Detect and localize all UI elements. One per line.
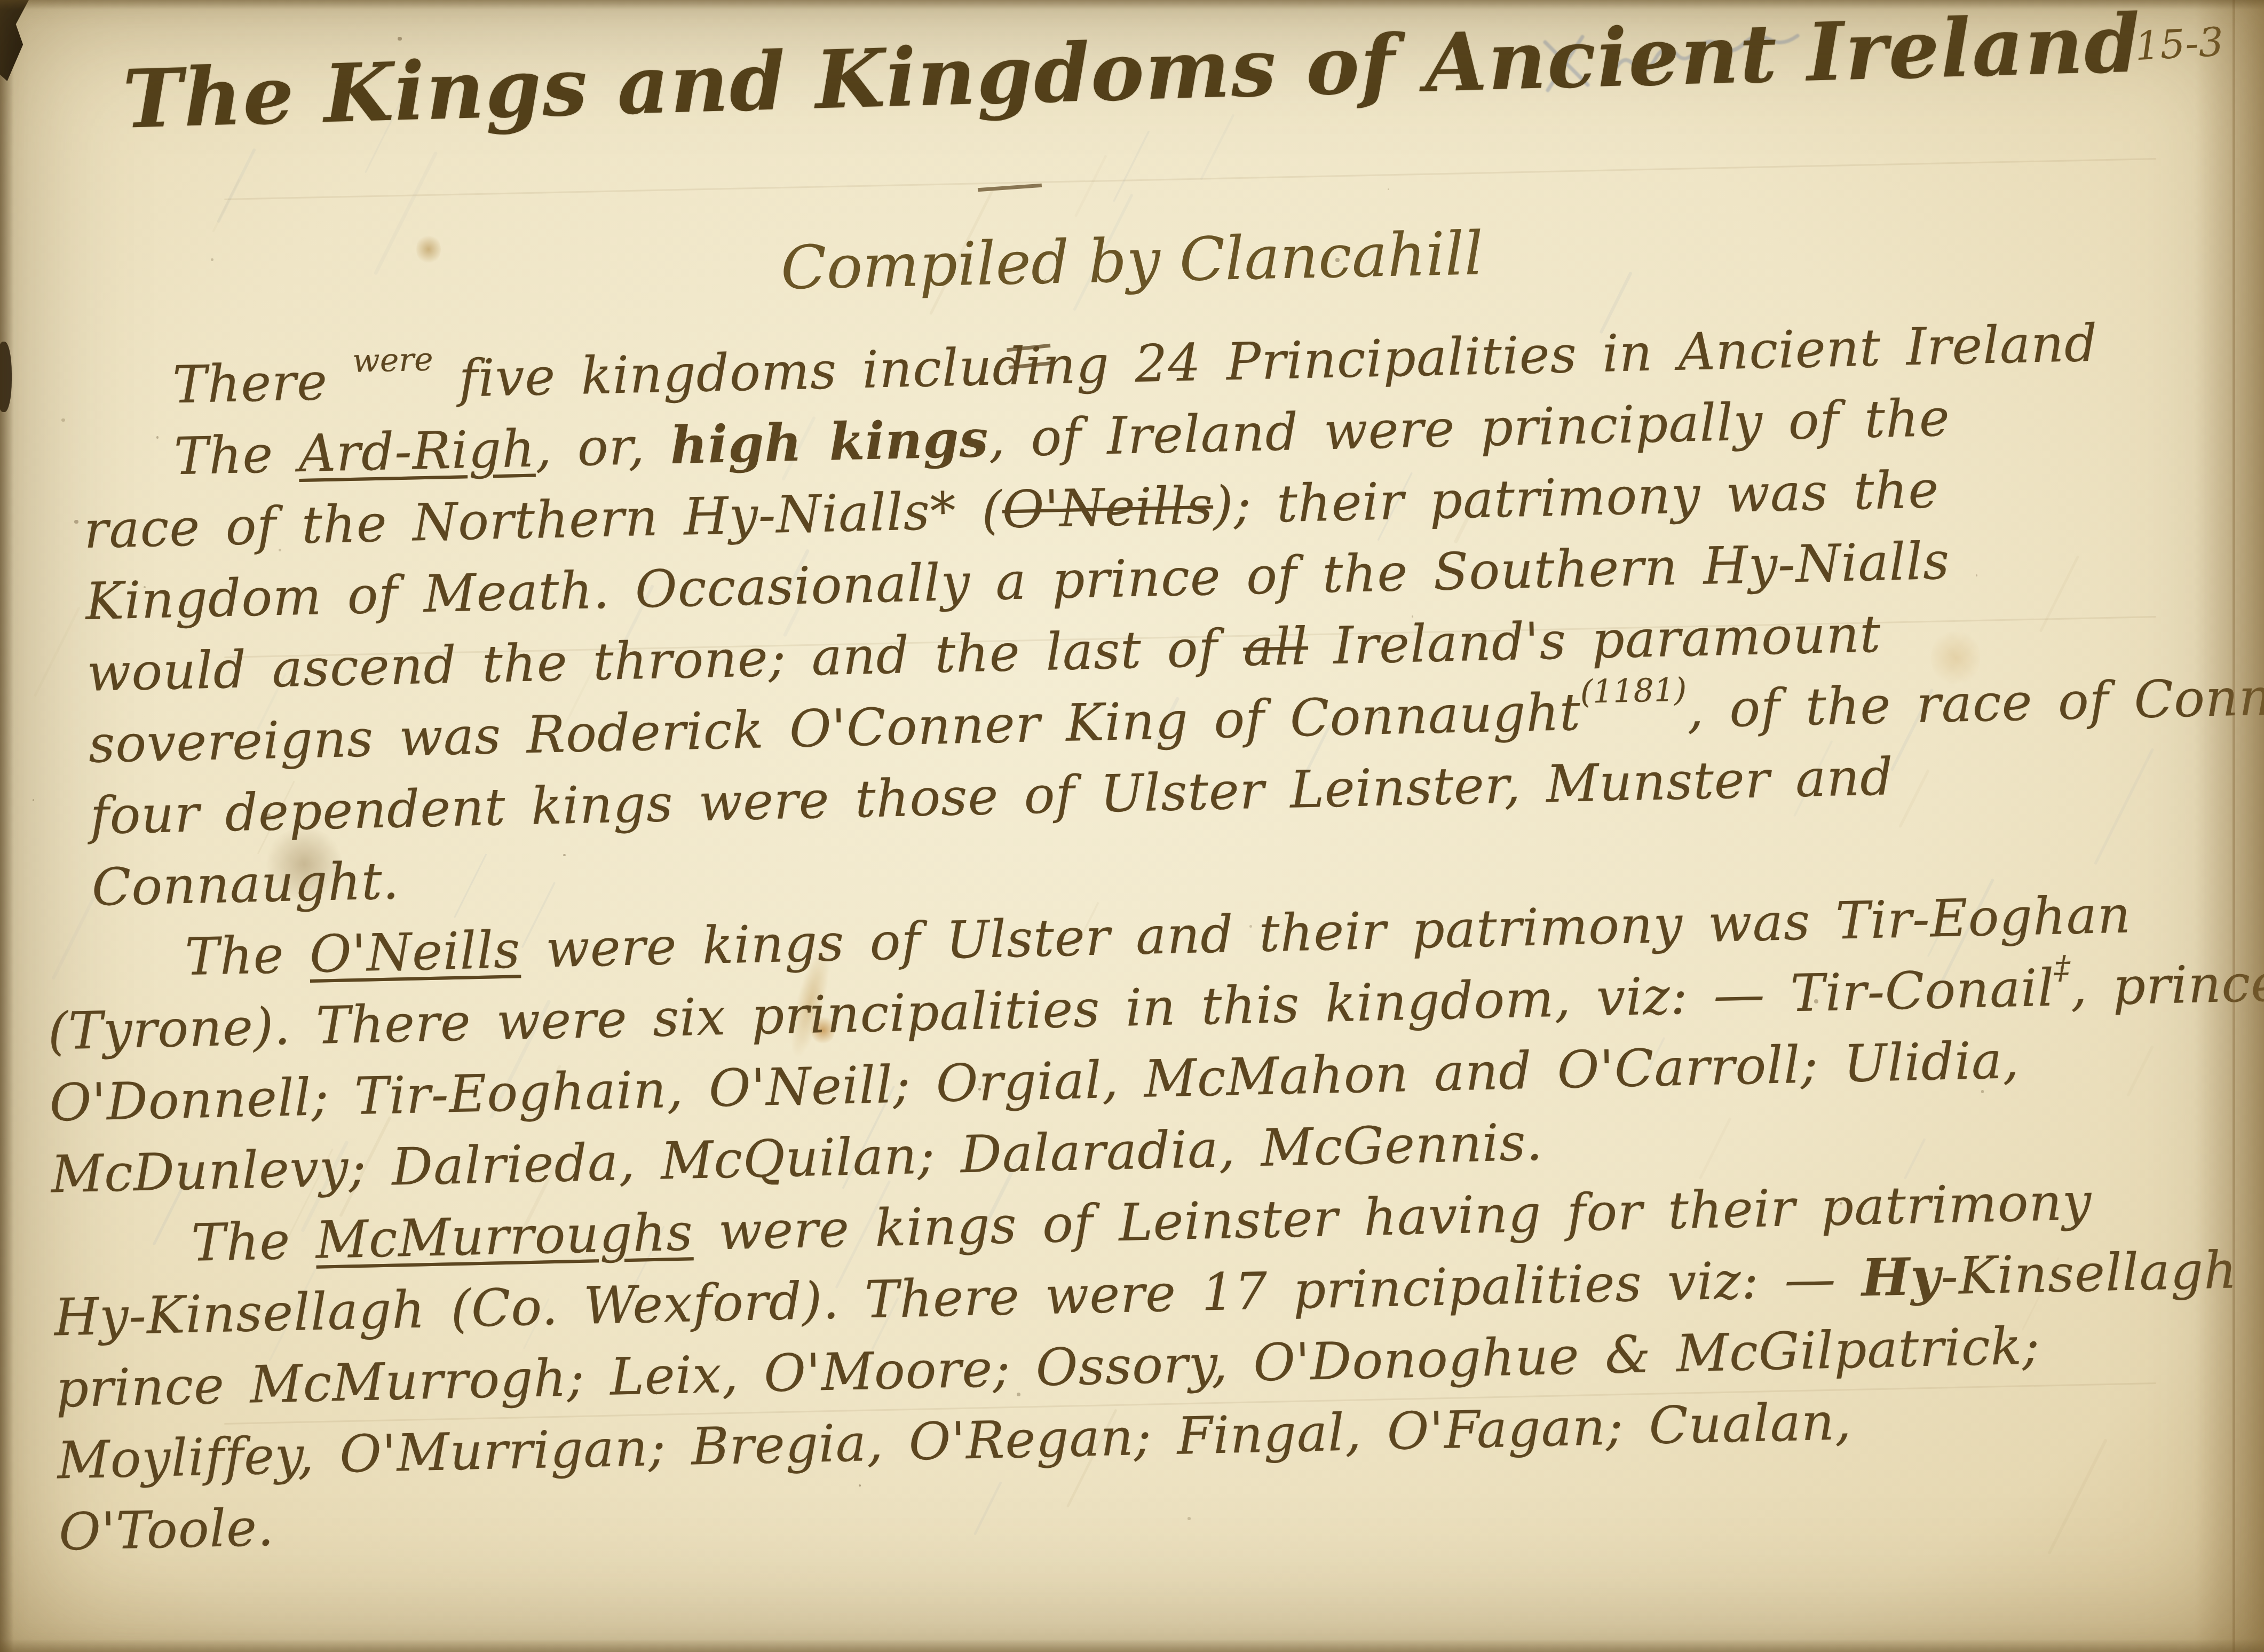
paragraph: The O'Neills were kings of Ulster and th…	[92, 877, 2212, 1209]
compiled-by-line: Compiled by Clancahill	[0, 203, 2264, 320]
title-underline-flourish	[978, 184, 1042, 192]
manuscript-body: There were five kingdoms including 24 Pr…	[80, 305, 2220, 1567]
page-title: The Kings and Kingdoms of Ancient Irelan…	[0, 0, 2264, 150]
paragraph: The McMurroughs were kings of Leinster h…	[99, 1163, 2220, 1567]
top-edge-shadow	[0, 0, 2264, 10]
right-page-edge-shadow	[2195, 0, 2264, 1652]
right-page-edge-line	[2233, 0, 2235, 1652]
faint-rule-line	[224, 158, 2156, 200]
paragraph: The Ard-Righ, or, high kings, of Ireland…	[82, 377, 2206, 923]
bottom-edge-shadow	[0, 1639, 2264, 1652]
manuscript-page: 15-3 The Kings and Kingdoms of Ancient I…	[0, 0, 2264, 1652]
left-page-edge-shadow	[0, 0, 14, 1652]
